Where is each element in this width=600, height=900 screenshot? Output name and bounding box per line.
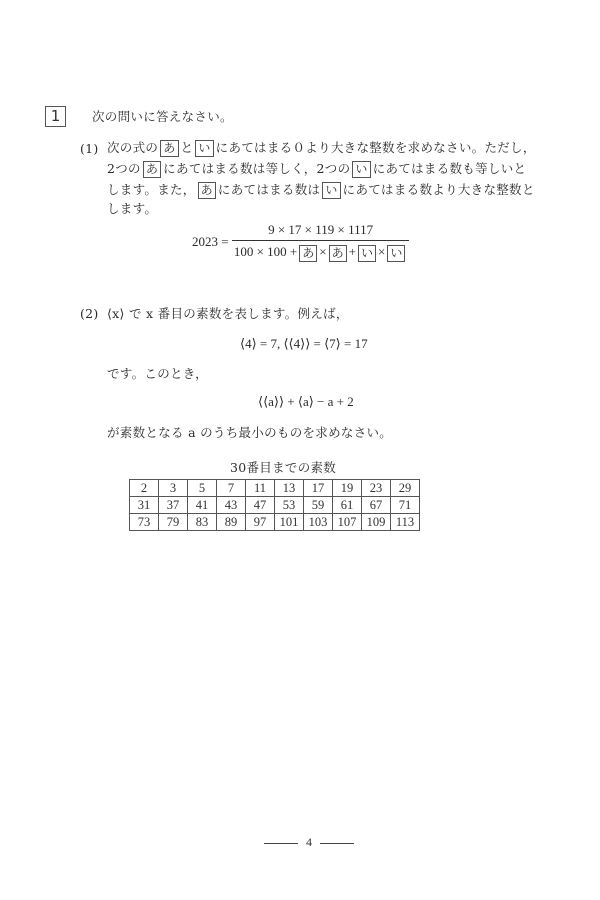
text: にあてはまる数は xyxy=(218,182,320,197)
text: と xyxy=(181,140,194,155)
table-cell: 109 xyxy=(362,514,391,531)
table-cell: 71 xyxy=(391,497,420,514)
text: 2つの xyxy=(107,161,141,176)
answer-box-a: あ xyxy=(160,140,178,157)
prime-table-title: 30番目までの素数 xyxy=(230,459,336,476)
part1-label: (1) xyxy=(80,140,99,157)
answer-box-i: い xyxy=(352,161,370,178)
plus-sign: + xyxy=(349,244,356,259)
answer-box-a: あ xyxy=(329,245,347,262)
table-cell: 43 xyxy=(217,497,246,514)
text: 次の式の xyxy=(107,140,158,155)
text: にあてはまる数より大きな整数と xyxy=(343,182,535,197)
table-cell: 37 xyxy=(159,497,188,514)
page-number: 4 xyxy=(306,835,312,849)
table-cell: 17 xyxy=(304,480,333,497)
part2-line3: が素数となる a のうち最小のものを求めなさい。 xyxy=(107,424,392,441)
table-cell: 61 xyxy=(333,497,362,514)
table-cell: 13 xyxy=(275,480,304,497)
answer-box-a: あ xyxy=(198,182,216,199)
question-instruction: 次の問いに答えなさい。 xyxy=(92,108,233,125)
table-cell: 103 xyxy=(304,514,333,531)
table-cell: 101 xyxy=(275,514,304,531)
table-cell: 19 xyxy=(333,480,362,497)
part1-line1: 次の式のあといにあてはまる０より大きな整数を求めなさい。ただし， xyxy=(107,139,536,157)
table-cell: 83 xyxy=(188,514,217,531)
part1-line2: 2つのあにあてはまる数は等しく，2つのいにあてはまる数も等しいと xyxy=(107,160,526,178)
table-cell: 2 xyxy=(130,480,159,497)
text: にあてはまる数も等しいと xyxy=(373,161,527,176)
part2-label: (2) xyxy=(80,305,99,322)
table-cell: 89 xyxy=(217,514,246,531)
text: にあてはまる０より大きな整数を求めなさい。ただし， xyxy=(216,140,536,155)
answer-box-i: い xyxy=(358,245,376,262)
part2-example: ⟨4⟩ = 7, ⟨⟨4⟩⟩ = ⟨7⟩ = 17 xyxy=(240,336,368,352)
table-row: 31374143475359616771 xyxy=(130,497,420,514)
table-cell: 5 xyxy=(188,480,217,497)
part1-line3: します。また，あにあてはまる数はいにあてはまる数より大きな整数と xyxy=(107,181,535,199)
table-row: 2357111317192329 xyxy=(130,480,420,497)
footer-dash-left xyxy=(264,843,298,844)
table-cell: 7 xyxy=(217,480,246,497)
table-cell: 113 xyxy=(391,514,420,531)
answer-box-a: あ xyxy=(143,161,161,178)
table-cell: 53 xyxy=(275,497,304,514)
fraction-denominator: 100 × 100 +あ×あ+い×い xyxy=(232,240,410,262)
table-cell: 11 xyxy=(246,480,275,497)
part2-expression: ⟨⟨a⟩⟩ + ⟨a⟩ − a + 2 xyxy=(258,394,354,410)
answer-box-i: い xyxy=(387,245,405,262)
equation-lhs: 2023 = xyxy=(192,234,229,249)
prime-table: 2357111317192329 31374143475359616771 73… xyxy=(129,479,420,531)
answer-box-i: い xyxy=(195,140,213,157)
times-sign: × xyxy=(319,244,326,259)
answer-box-i: い xyxy=(322,182,340,199)
answer-box-a: あ xyxy=(299,245,317,262)
table-cell: 29 xyxy=(391,480,420,497)
fraction: 9 × 17 × 119 × 1117 100 × 100 +あ×あ+い×い xyxy=(232,222,410,262)
part2-line2: です。このとき， xyxy=(107,365,208,382)
table-cell: 47 xyxy=(246,497,275,514)
table-cell: 97 xyxy=(246,514,275,531)
table-cell: 67 xyxy=(362,497,391,514)
table-cell: 73 xyxy=(130,514,159,531)
table-cell: 23 xyxy=(362,480,391,497)
part2-line1: ⟨x⟩ で x 番目の素数を表します。例えば， xyxy=(107,305,349,322)
times-sign: × xyxy=(378,244,385,259)
text: します。また， xyxy=(107,182,196,197)
fraction-numerator: 9 × 17 × 119 × 1117 xyxy=(264,222,377,240)
question-number-box: 1 xyxy=(45,106,66,127)
equation: 2023 = 9 × 17 × 119 × 1117 100 × 100 +あ×… xyxy=(192,222,409,262)
part1-line4: します。 xyxy=(107,200,157,217)
table-cell: 79 xyxy=(159,514,188,531)
table-row: 7379838997101103107109113 xyxy=(130,514,420,531)
table-cell: 107 xyxy=(333,514,362,531)
text: にあてはまる数は等しく，2つの xyxy=(163,161,350,176)
denominator-prefix: 100 × 100 + xyxy=(234,244,297,259)
page-footer: 4 xyxy=(256,835,362,850)
table-cell: 31 xyxy=(130,497,159,514)
table-cell: 41 xyxy=(188,497,217,514)
table-cell: 59 xyxy=(304,497,333,514)
footer-dash-right xyxy=(320,843,354,844)
table-cell: 3 xyxy=(159,480,188,497)
